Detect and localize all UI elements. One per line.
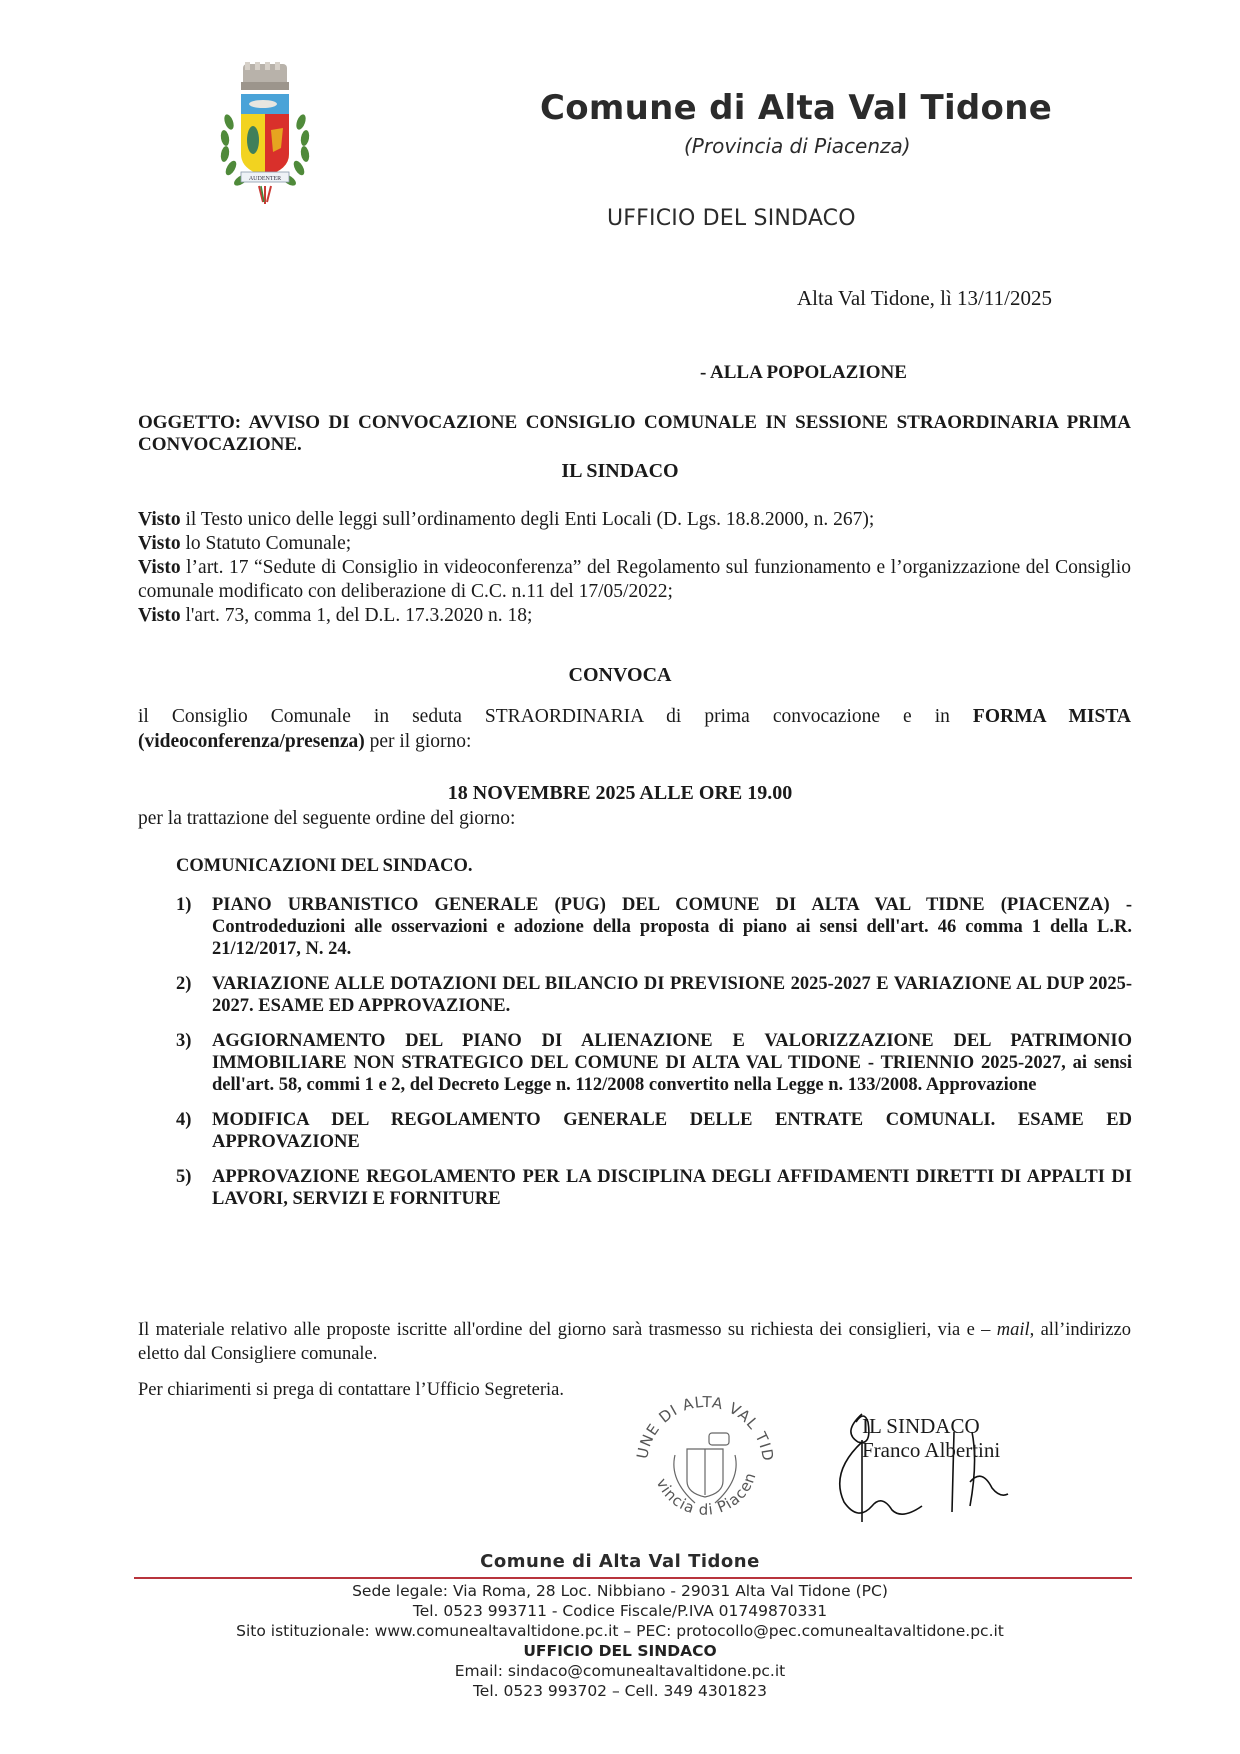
footer-web-pec[interactable]: Sito istituzionale: www.comunealtavaltid… [0,1621,1240,1641]
recipient: - ALLA POPOLAZIONE [700,362,907,384]
footer-address: Sede legale: Via Roma, 28 Loc. Nibbiano … [0,1581,1240,1601]
agenda-list: 1)PIANO URBANISTICO GENERALE (PUG) DEL C… [176,894,1132,1223]
agenda-item: 5)APPROVAZIONE REGOLAMENTO PER LA DISCIP… [176,1166,1132,1210]
svg-text:AUDENTER: AUDENTER [249,176,281,182]
footer-title: Comune di Alta Val Tidone [0,1551,1240,1572]
meeting-date: 18 NOVEMBRE 2025 ALLE ORE 19.00 [0,782,1240,805]
convoca-heading: CONVOCA [0,664,1240,687]
footer-office: UFFICIO DEL SINDACO [0,1641,1240,1661]
agenda-item: 3)AGGIORNAMENTO DEL PIANO DI ALIENAZIONE… [176,1030,1132,1096]
office-name: UFFICIO DEL SINDACO [607,206,856,231]
convocation-text: il Consiglio Comunale in seduta STRAORDI… [138,704,1131,754]
visto-item: Visto il Testo unico delle leggi sull’or… [138,508,1131,532]
agenda-item: 4)MODIFICA DEL REGOLAMENTO GENERALE DELL… [176,1109,1132,1153]
place-date: Alta Val Tidone, lì 13/11/2025 [797,286,1052,311]
footer-phones: Tel. 0523 993702 – Cell. 349 4301823 [0,1681,1240,1701]
official-stamp-icon: COMUNE DI ALTA VAL TIDONE Provincia di P… [625,1385,785,1545]
agenda-intro: per la trattazione del seguente ordine d… [138,808,515,830]
subject: OGGETTO: AVVISO DI CONVOCAZIONE CONSIGLI… [138,412,1131,456]
visto-item: Visto l'art. 73, comma 1, del D.L. 17.3.… [138,604,1131,628]
sindaco-heading: IL SINDACO [0,460,1240,483]
legal-references: Visto il Testo unico delle leggi sull’or… [138,508,1131,628]
signature-name: Franco Albertini [862,1438,1000,1463]
footer-divider [134,1577,1132,1579]
footer-contacts: Sede legale: Via Roma, 28 Loc. Nibbiano … [0,1581,1240,1701]
footer-phone-tax: Tel. 0523 993711 - Codice Fiscale/P.IVA … [0,1601,1240,1621]
municipality-title: Comune di Alta Val Tidone [540,88,1052,128]
signature-title: IL SINDACO [862,1414,980,1439]
visto-item: Visto l’art. 17 “Sedute di Consiglio in … [138,556,1131,604]
materials-note: Il materiale relativo alle proposte iscr… [138,1318,1131,1366]
agenda-item: 1)PIANO URBANISTICO GENERALE (PUG) DEL C… [176,894,1132,960]
agenda-item: 2)VARIAZIONE ALLE DOTAZIONI DEL BILANCIO… [176,973,1132,1017]
svg-text:COMUNE DI ALTA VAL TIDONE: COMUNE DI ALTA VAL TIDONE [625,1385,777,1463]
visto-item: Visto lo Statuto Comunale; [138,532,1131,556]
province-subtitle: (Provincia di Piacenza) [684,134,911,158]
footer-email[interactable]: Email: sindaco@comunealtavaltidone.pc.it [0,1661,1240,1681]
coat-of-arms-icon: AUDENTER [205,62,325,212]
mayor-communications: COMUNICAZIONI DEL SINDACO. [176,856,473,877]
